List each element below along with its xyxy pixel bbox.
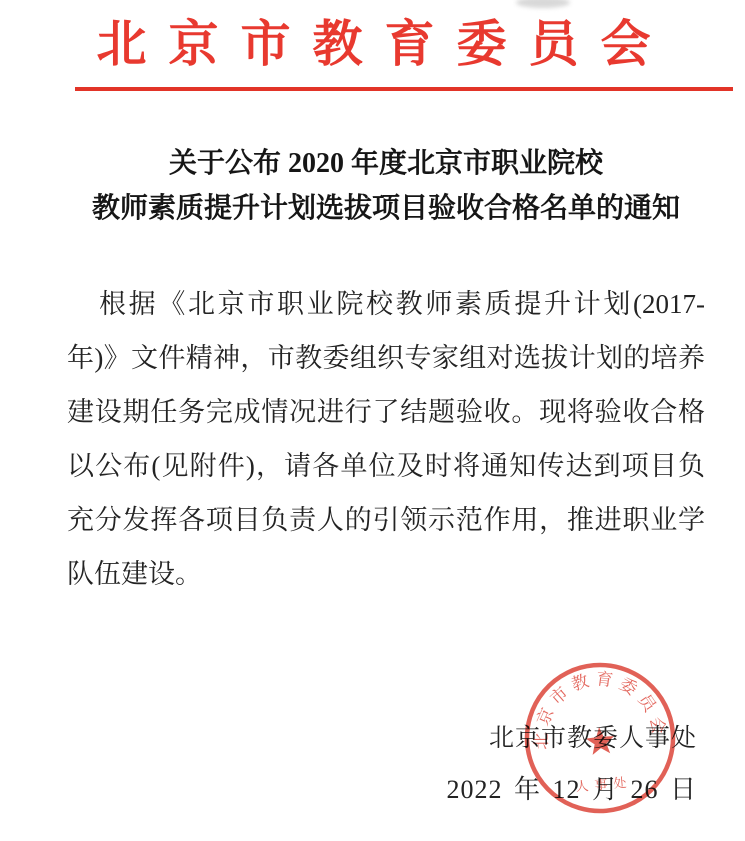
notice-title-line2: 教师素质提升计划选拔项目验收合格名单的通知 [67, 186, 705, 231]
agency-letterhead: 北京市教育委员会 [0, 14, 745, 74]
body-line: 根据《北京市职业院校教师素质提升计划(2017-2020 [67, 277, 705, 331]
body-line: 以公布(见附件)，请各单位及时将通知传达到项目负责人， [67, 439, 705, 493]
letterhead-divider [75, 87, 733, 91]
star-icon [585, 726, 616, 756]
scan-smudge [516, 0, 570, 8]
document-page: 北京市教育委员会 关于公布 2020 年度北京市职业院校 教师素质提升计划选拔项… [0, 0, 745, 841]
body-line: 建设期任务完成情况进行了结题验收。现将验收合格名单予 [67, 385, 705, 439]
body-line: 充分发挥各项目负责人的引领示范作用，推进职业学校教师 [67, 493, 705, 547]
notice-title-line1: 关于公布 2020 年度北京市职业院校 [67, 141, 705, 186]
official-seal: 北京市教育委员会 人事处 [513, 651, 686, 824]
body-line: 队伍建设。 [67, 547, 705, 601]
notice-title: 关于公布 2020 年度北京市职业院校 教师素质提升计划选拔项目验收合格名单的通… [67, 141, 705, 231]
body-line: 年)》文件精神，市教委组织专家组对选拔计划的培养对象 [67, 331, 705, 385]
seal-bottom-text: 人事处 [575, 774, 633, 794]
notice-body: 根据《北京市职业院校教师素质提升计划(2017-2020 年)》文件精神，市教委… [67, 277, 705, 601]
